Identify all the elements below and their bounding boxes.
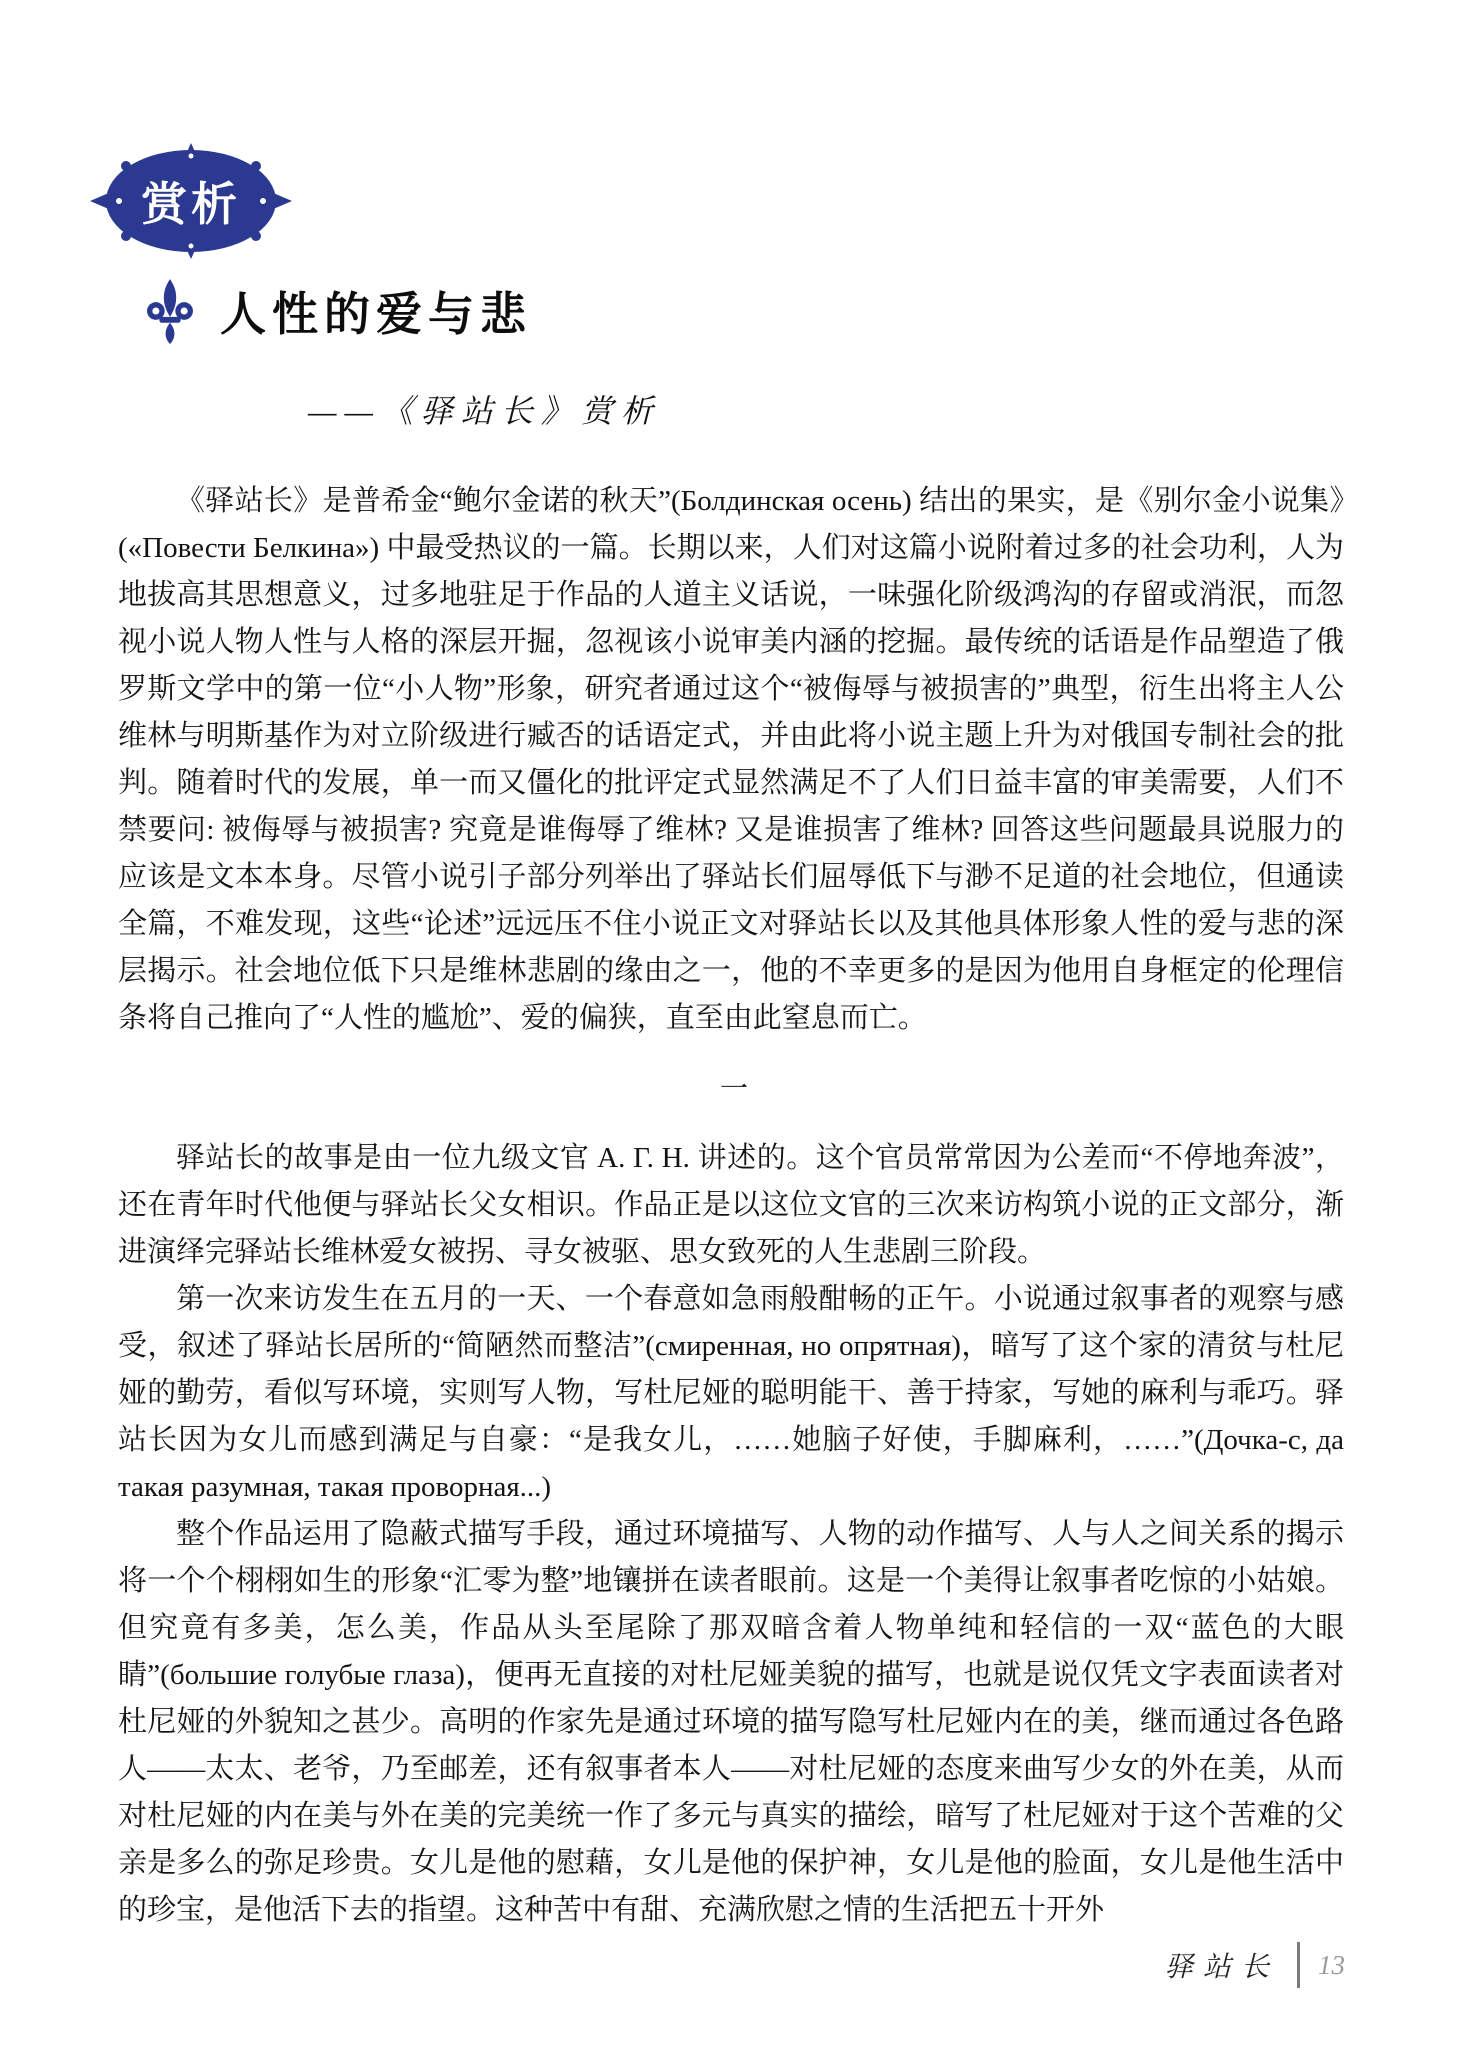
footer-page-number: 13 xyxy=(1318,1950,1345,1981)
section-divider: 一 xyxy=(118,1066,1344,1113)
body-paragraph-3: 第一次来访发生在五月的一天、一个春意如急雨般酣畅的正午。小说通过叙事者的观察与感… xyxy=(118,1276,1344,1511)
title-row: 人性的爱与悲 xyxy=(146,278,532,344)
footer-divider-rule xyxy=(1297,1942,1300,1988)
fleur-de-lis-icon xyxy=(146,278,194,344)
body-paragraph-2: 驿站长的故事是由一位九级文官 А. Г. Н. 讲述的。这个官员常常因为公差而“… xyxy=(118,1135,1344,1276)
body-paragraph-1: 《驿站长》是普希金“鲍尔金诺的秋天”(Болдинская осень) 结出的… xyxy=(118,478,1344,1042)
page-footer: 驿站长 13 xyxy=(1165,1942,1345,1988)
book-page: 赏析 人性的爱与悲 ——《驿站长》赏析 《驿站长》是普希金“鲍尔金诺的秋天”(Б… xyxy=(0,0,1457,2048)
body-paragraph-4: 整个作品运用了隐蔽式描写手段，通过环境描写、人物的动作描写、人与人之间关系的揭示… xyxy=(118,1511,1344,1934)
appreciation-badge: 赏析 xyxy=(86,138,296,264)
badge-label: 赏析 xyxy=(86,138,296,264)
footer-book-title: 驿站长 xyxy=(1165,1945,1279,1985)
article-body: 《驿站长》是普希金“鲍尔金诺的秋天”(Болдинская осень) 结出的… xyxy=(118,478,1344,1934)
article-subtitle: ——《驿站长》赏析 xyxy=(308,386,661,432)
article-title: 人性的爱与悲 xyxy=(220,278,532,344)
